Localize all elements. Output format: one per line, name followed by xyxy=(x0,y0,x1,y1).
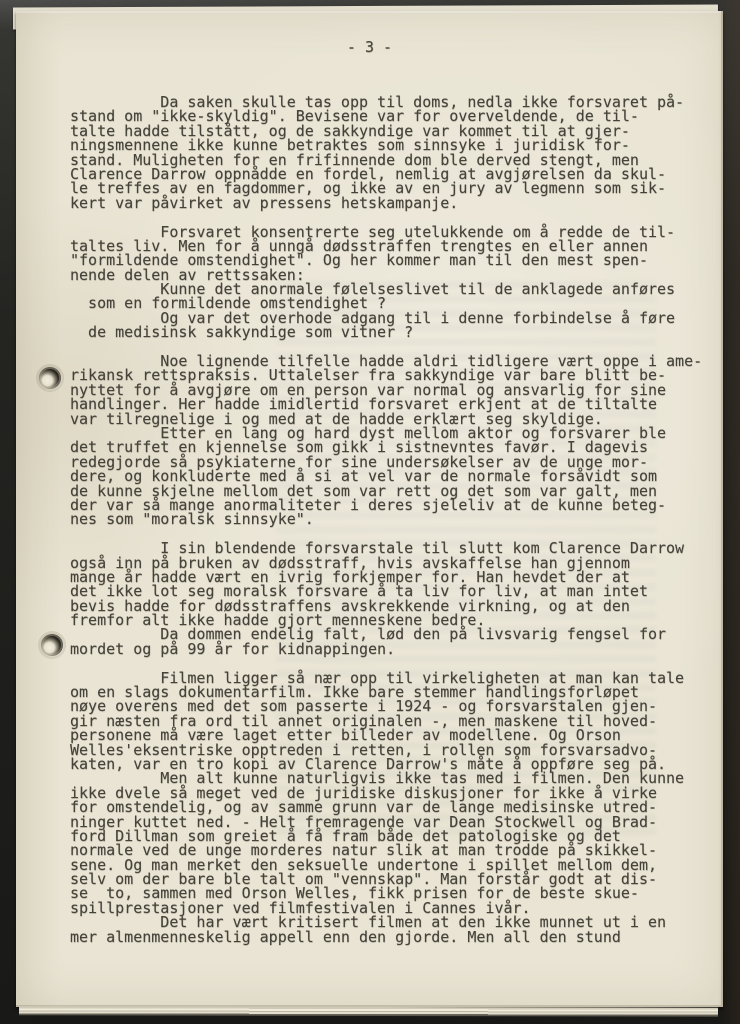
paragraph-block: Noe lignende tilfelle hadde aldri tidlig… xyxy=(70,354,702,527)
document-page: - 3 - Da saken skulle tas opp til doms, … xyxy=(16,11,723,1007)
paragraph-block: Da saken skulle tas opp til doms, nedla … xyxy=(70,95,702,210)
paragraph-block: Filmen ligger så nær opp til virkelighet… xyxy=(70,671,702,944)
paragraph-block: Forsvaret konsentrerte seg utelukkende o… xyxy=(70,225,702,340)
typewritten-text: Da saken skulle tas opp til doms, nedla … xyxy=(70,95,702,944)
desk-background: - 3 - Da saken skulle tas opp til doms, … xyxy=(0,0,740,1024)
typewritten-line: mer almenmenneskelig appell enn den gjor… xyxy=(70,930,702,944)
typewritten-line: de medisinsk sakkyndige som vitner ? xyxy=(70,325,702,339)
typewritten-line: nes som "moralsk sinnsyke". xyxy=(70,512,702,526)
typewritten-line: kert var påvirket av pressens hetskampan… xyxy=(70,196,702,210)
punch-hole-bottom xyxy=(41,634,63,656)
page-stack-edges xyxy=(19,1006,718,1016)
punch-hole-top xyxy=(39,367,61,389)
page-number: - 3 - xyxy=(16,38,723,56)
paragraph-block: I sin blendende forsvarstale til slutt k… xyxy=(70,541,702,656)
typewritten-line: mordet og på 99 år for kidnappingen. xyxy=(70,642,702,656)
